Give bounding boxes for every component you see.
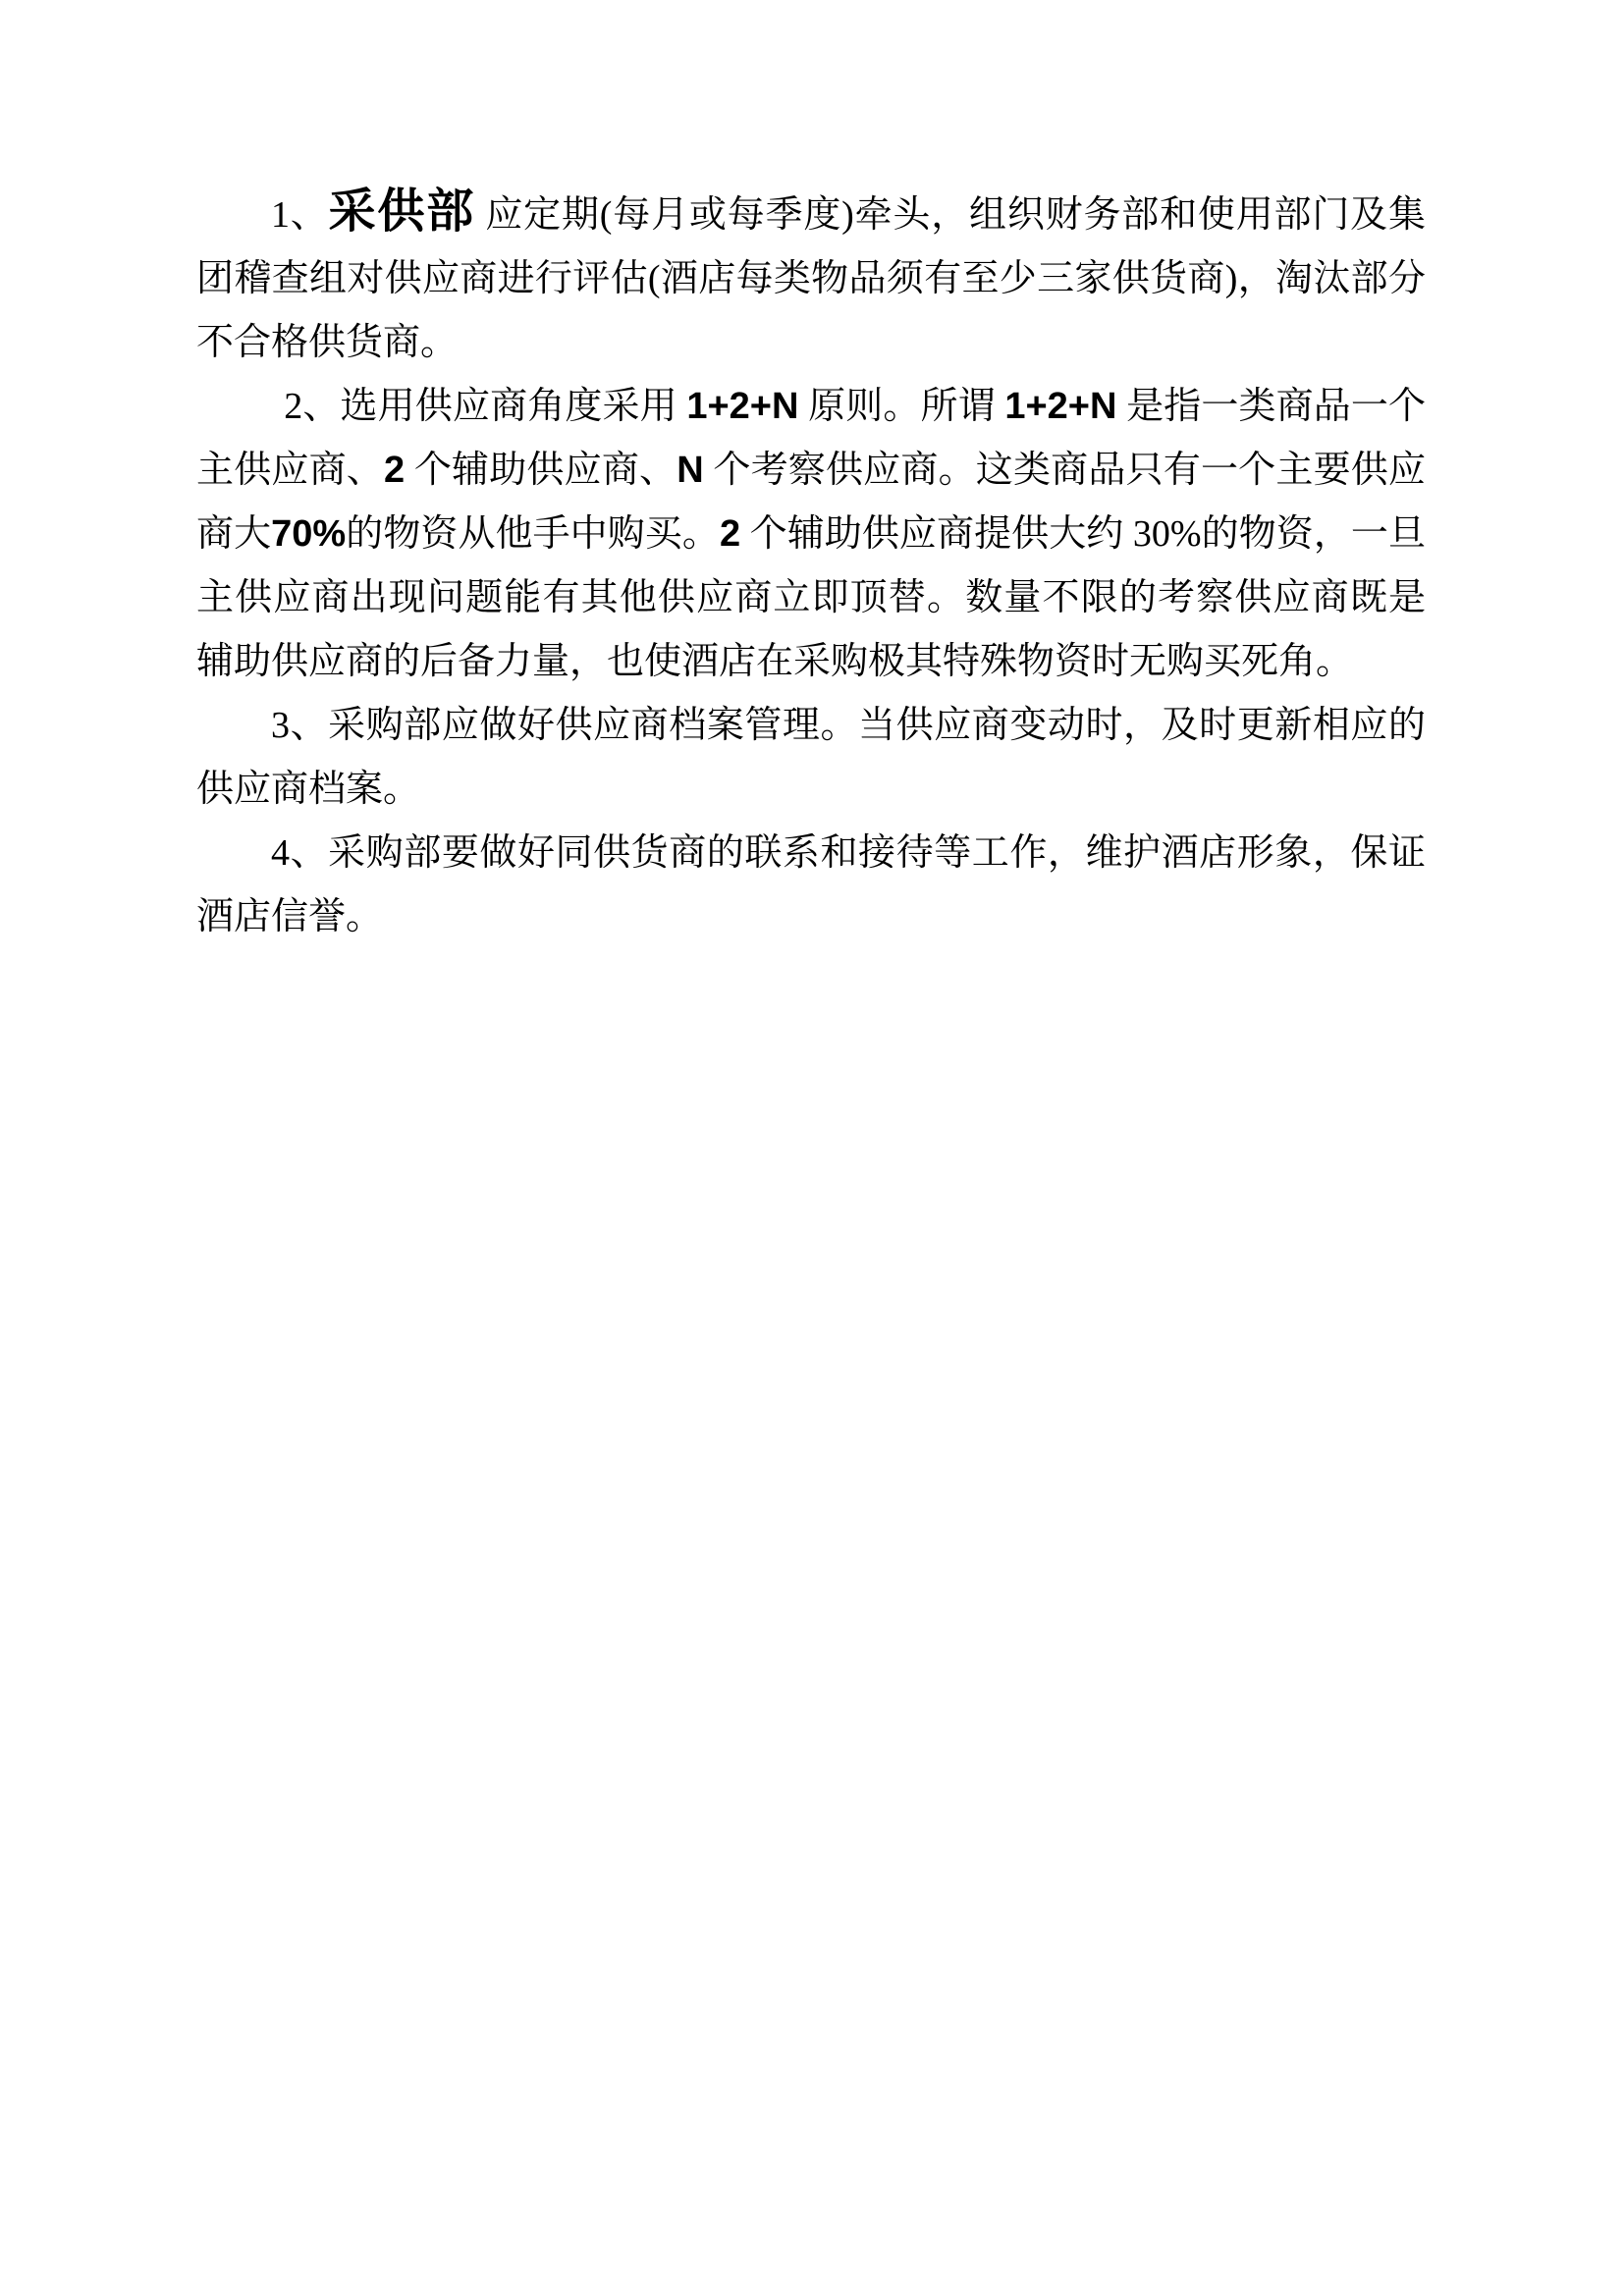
text-run-number: 2 — [384, 450, 405, 491]
text-run: 原则。所谓 — [798, 386, 1004, 427]
text-run-emphasis: 采供部 — [329, 186, 475, 238]
text-run-percent: 70% — [271, 513, 346, 555]
text-run-percent: 30% — [1133, 513, 1202, 555]
text-run: 3、采购部应做好供应商档案管理。当供应商变动时，及时更新相应的供应商档案。 — [196, 705, 1426, 810]
document-body: 1、采供部 应定期(每月或每季度)牵头，组织财务部和使用部门及集团稽查组对供应商… — [196, 180, 1426, 949]
paragraph-1: 1、采供部 应定期(每月或每季度)牵头，组织财务部和使用部门及集团稽查组对供应商… — [196, 180, 1426, 375]
text-run: 1、 — [271, 194, 329, 236]
document-page: 1、采供部 应定期(每月或每季度)牵头，组织财务部和使用部门及集团稽查组对供应商… — [0, 0, 1624, 2296]
paragraph-2: 2、选用供应商角度采用 1+2+N 原则。所谓 1+2+N 是指一类商品一个主供… — [196, 375, 1426, 694]
paragraph-4: 4、采购部要做好同供货商的联系和接待等工作，维护酒店形象，保证酒店信誉。 — [196, 822, 1426, 949]
text-run-number: 2 — [720, 513, 740, 555]
text-run: 2、选用供应商角度采用 — [284, 386, 686, 427]
text-run: 4、采购部要做好同供货商的联系和接待等工作，维护酒店形象，保证酒店信誉。 — [196, 832, 1426, 937]
text-run: 个辅助供应商、 — [405, 450, 677, 491]
text-run-formula: 1+2+N — [686, 386, 798, 427]
text-run: 个辅助供应商提供大约 — [740, 513, 1133, 555]
text-run-formula: 1+2+N — [1004, 386, 1116, 427]
paragraph-3: 3、采购部应做好供应商档案管理。当供应商变动时，及时更新相应的供应商档案。 — [196, 694, 1426, 822]
text-run: 的物资从他手中购买。 — [346, 513, 720, 555]
text-run-number: N — [677, 450, 703, 491]
